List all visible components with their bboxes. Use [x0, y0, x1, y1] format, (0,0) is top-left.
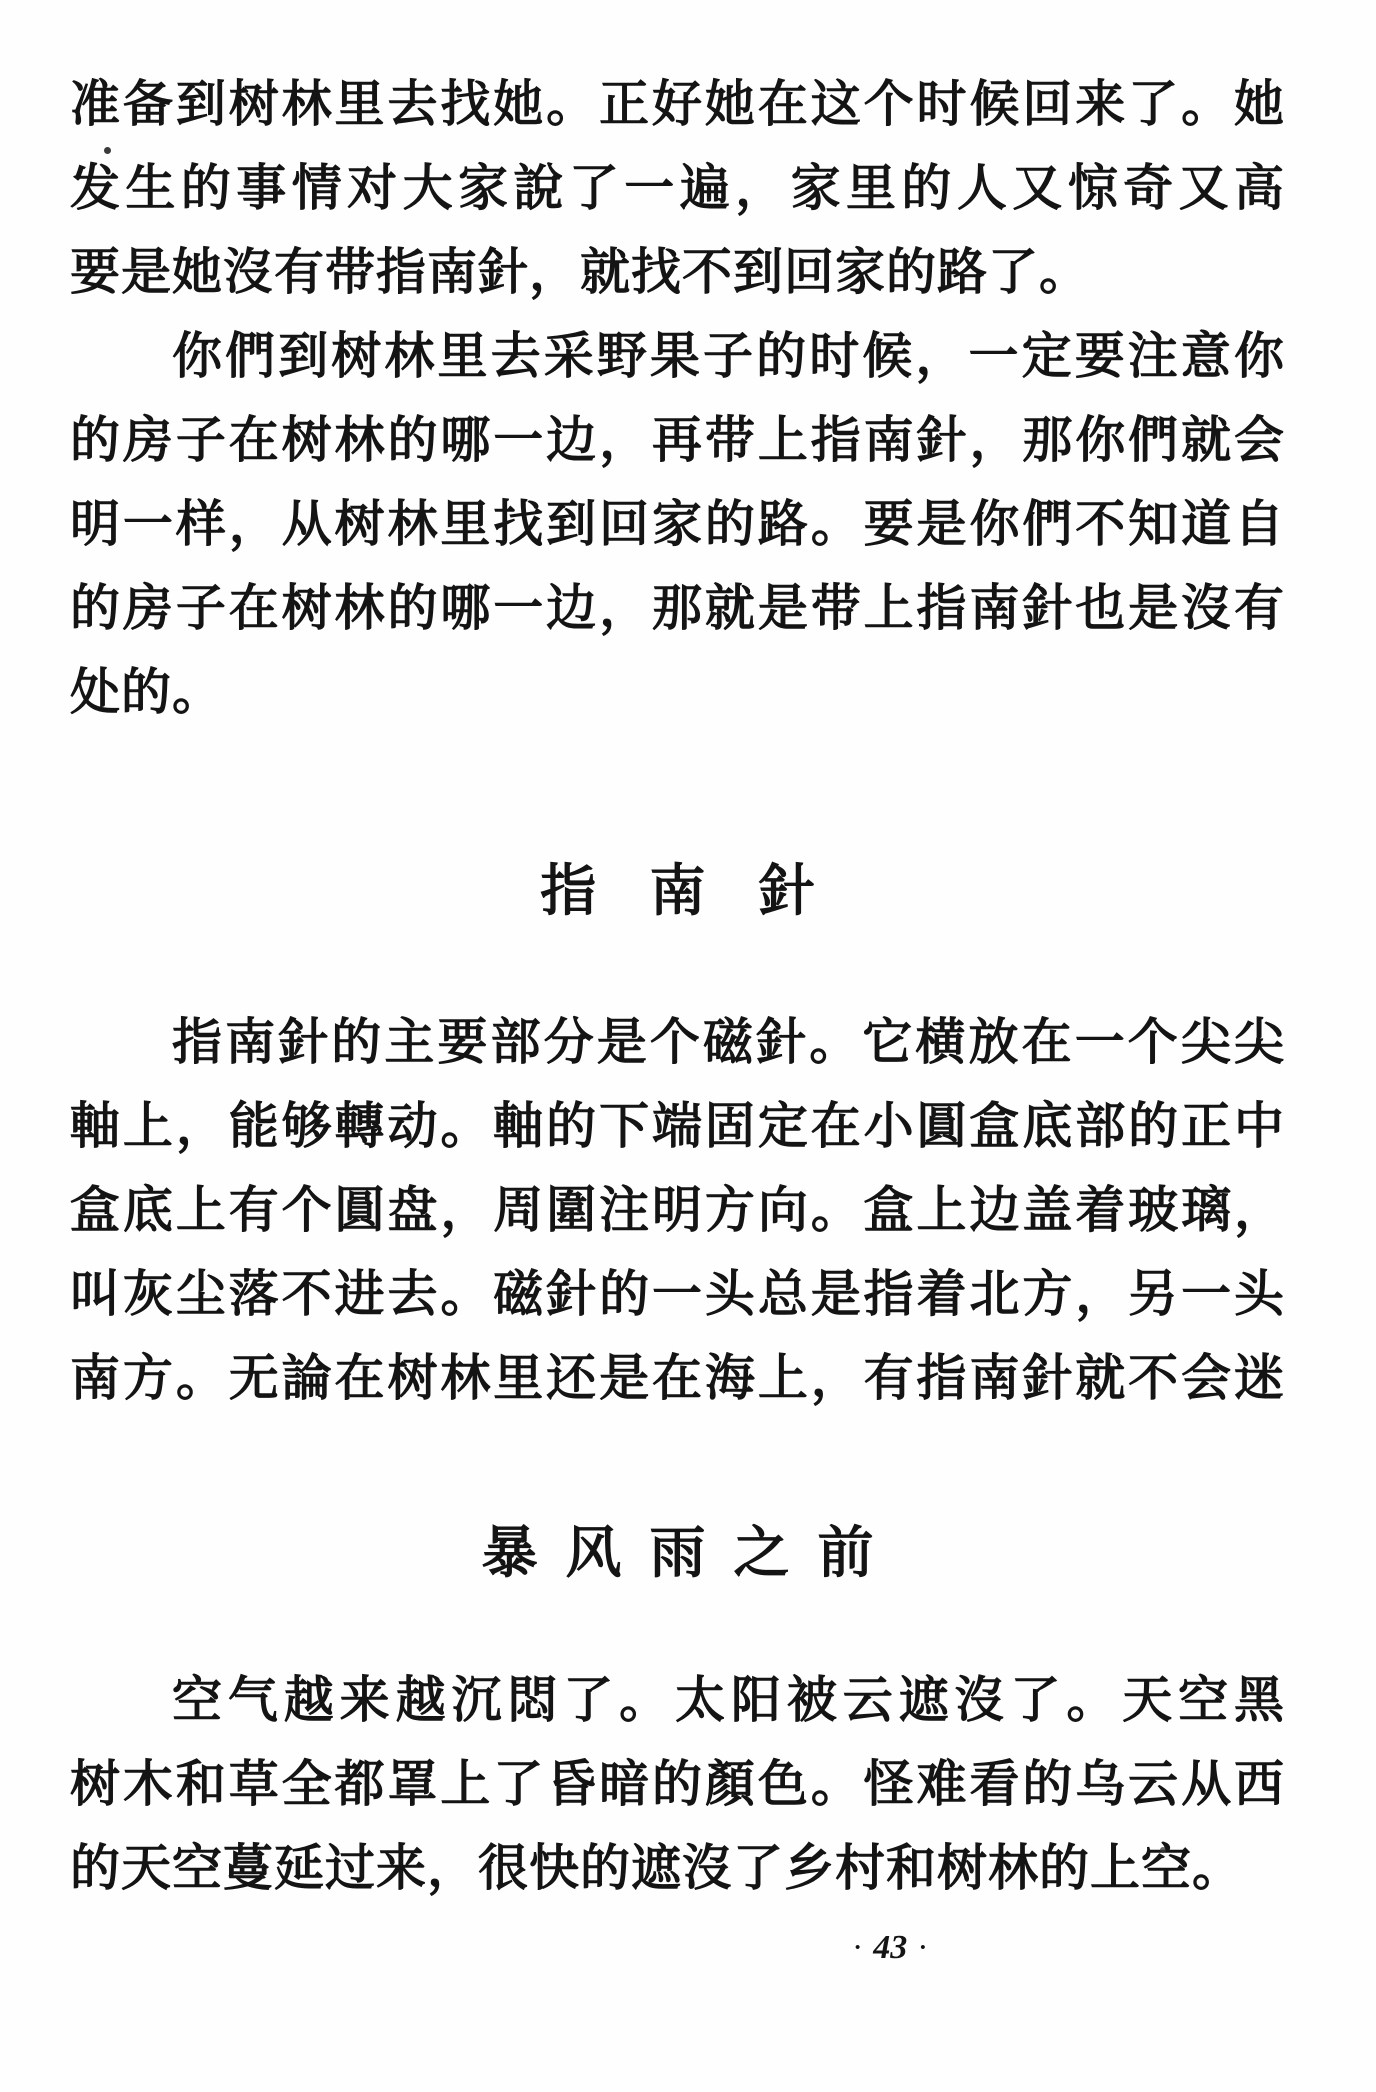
- text-line: 的房子在树林的哪一边，那就是带上指南針也是沒有用: [70, 566, 1285, 650]
- book-page: 准备到树林里去找她。正好她在这个时候回来了。她把 发生的事情对大家說了一遍，家里…: [0, 0, 1376, 2092]
- paragraph-continuation: 准备到树林里去找她。正好她在这个时候回来了。她把 发生的事情对大家說了一遍，家里…: [70, 62, 1285, 314]
- text-line: 准备到树林里去找她。正好她在这个时候回来了。她把: [70, 62, 1285, 146]
- text-line: 的房子在树林的哪一边，再带上指南針，那你們就会象馬: [70, 398, 1285, 482]
- paragraph-storm-description: 空气越来越沉悶了。太阳被云遮沒了。天空黑了。 树木和草全都罩上了昏暗的顏色。怪难…: [70, 1658, 1285, 1910]
- text-line: 指南針的主要部分是个磁針。它横放在一个尖尖的: [70, 1000, 1285, 1084]
- text-line: 南方。无論在树林里还是在海上，有指南針就不会迷路。: [70, 1336, 1285, 1420]
- text-line: 处的。: [70, 650, 1285, 734]
- section-heading-compass: 指南針: [70, 846, 1285, 938]
- paragraph-compass-description: 指南針的主要部分是个磁針。它横放在一个尖尖的 軸上，能够轉动。軸的下端固定在小圓…: [70, 1000, 1285, 1420]
- scan-artifact-dot: [1160, 1847, 1166, 1853]
- text-line: 軸上，能够轉动。軸的下端固定在小圓盒底部的正中間。: [70, 1084, 1285, 1168]
- page-number-value: 43: [873, 1929, 907, 1967]
- text-line: 盒底上有个圓盘，周圍注明方向。盒上边盖着玻璃，为的: [70, 1168, 1285, 1252]
- text-line: 你們到树林里去采野果子的时候，一定要注意你們: [70, 314, 1285, 398]
- text-line: 树木和草全都罩上了昏暗的顏色。怪难看的乌云从西边: [70, 1742, 1285, 1826]
- text-line: 的天空蔓延过来，很快的遮沒了乡村和树林的上空。: [70, 1826, 1285, 1910]
- text-line: 叫灰尘落不进去。磁針的一头总是指着北方，另一头指着: [70, 1252, 1285, 1336]
- text-line: 明一样，从树林里找到回家的路。要是你們不知道自己: [70, 482, 1285, 566]
- scan-artifact-dot: [104, 147, 111, 154]
- section-heading-before-storm: 暴风雨之前: [70, 1508, 1285, 1600]
- text-line: 空气越来越沉悶了。太阳被云遮沒了。天空黑了。: [70, 1658, 1285, 1742]
- text-line: 要是她沒有带指南針，就找不到回家的路了。: [70, 230, 1285, 314]
- page-number-dot-left: •: [855, 1926, 860, 1970]
- text-line: 发生的事情对大家說了一遍，家里的人又惊奇又高兴。: [70, 146, 1285, 230]
- page-number: • 43 •: [855, 1926, 1285, 1970]
- paragraph-forest-advice: 你們到树林里去采野果子的时候，一定要注意你們 的房子在树林的哪一边，再带上指南針…: [70, 314, 1285, 734]
- page-number-dot-right: •: [920, 1926, 925, 1970]
